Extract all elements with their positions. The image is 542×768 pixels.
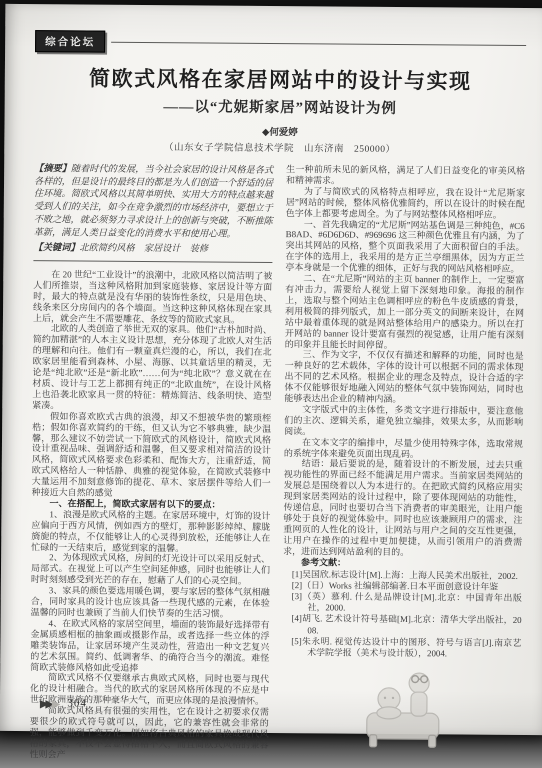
body-paragraph: 3、家具的颜色要选用暖色调，要与家居的整体气氛相融合，同时家具的设计也应该具备一…	[31, 585, 270, 620]
reference-item: [4]胡飞. 艺术设计符号基础[M].北京：清华大学出版社，2008.	[282, 613, 521, 637]
body-paragraph: 4、在欧式风格的家居空间里，墙面的装饰最好选择带有金属质感相框的抽象画或摄影作品…	[30, 618, 269, 674]
keywords-text: 北欧简约风格 家居设计 装修	[79, 243, 208, 254]
body-paragraph: 假如你喜欢欧式古典的浪漫，却又不想被华贵的繁琐桎梏；假如你喜欢简约的干练，但又认…	[32, 411, 272, 500]
body-paragraph: 为了与简欧式的风格特点相呼应，我在设计“尤尼斯家居”网站的时候，整体风格优雅简约…	[286, 186, 525, 221]
page-number: 304	[67, 697, 87, 709]
page-arrow-icon: ▶	[52, 698, 61, 709]
body-paragraph: 1、浪漫是欧式风格的主题。在家居环境中，灯饰的设计应偏向于西方风情，例如西方的壁…	[31, 509, 270, 555]
reference-item: [3]（英）慕利. 什么是品牌设计[M].北京：中国青年出版社，2000.	[283, 591, 522, 615]
left-column: 【摘要】随着时代的发展，当今社会家居的设计风格是各式各样的，但是设计的最终目的都…	[29, 162, 273, 762]
article-body: 【摘要】随着时代的发展，当今社会家居的设计风格是各式各样的，但是设计的最终目的都…	[29, 162, 525, 764]
author-affiliation: （山东女子学院信息技术学院 山东济南 250000）	[34, 138, 525, 156]
abstract-divider	[33, 260, 272, 263]
body-paragraph: 文字版式中的主体性，多类文字进行排版中，要注意他们的主次、逻辑关系，避免独立编排…	[284, 404, 523, 439]
abstract-text: 随着时代的发展，当今社会家居的设计风格是各式各样的，但是设计的最终目的都是为人们…	[34, 163, 274, 238]
keywords-label: 【关键词】	[33, 242, 79, 252]
keywords-paragraph: 【关键词】北欧简约风格 家居设计 装修	[33, 241, 272, 256]
header-rule	[111, 41, 526, 45]
column-category-badge: 综合论坛	[35, 30, 105, 53]
page-header: 综合论坛	[35, 30, 526, 56]
scanner-background: 综合论坛 简欧式风格在家居网站中的设计与实现 ——以“尤妮斯家居”网站设计为例 …	[0, 0, 542, 768]
cartoon-figures-illustration	[282, 666, 522, 759]
reference-item: [5]朱永明. 视觉传达设计中的图形、符号与语言[J].南京艺术学院学报（美术与…	[282, 636, 521, 660]
body-paragraph: 二、在“尤尼斯”网站的主页 banner 的制作上，一定要富有冲击力，需要给人视…	[285, 273, 525, 351]
body-paragraph: 北欧的人类创造了举世无双的家具。他们“古朴加时尚、简约加精湛”的人本主义设计思想…	[32, 324, 272, 413]
abstract-paragraph: 【摘要】随着时代的发展，当今社会家居的设计风格是各式各样的，但是设计的最终目的都…	[34, 162, 274, 240]
body-paragraph: 一、首先我确定的“尤尼斯”网站基色调是三种纯色，#C6B8AD、#6D6D6D、…	[285, 219, 524, 275]
article-title: 简欧式风格在家居网站中的设计与实现	[35, 62, 526, 96]
article-subtitle: ——以“尤妮斯家居”网站设计为例	[35, 94, 526, 119]
abstract-label: 【摘要】	[34, 163, 71, 173]
body-paragraph: 在 20 世纪“工业设计”的浪潮中，北欧风格以简洁明了被人们所推崇，当这种风格附…	[33, 269, 272, 325]
body-paragraph: 2、为体现欧式风格，房间的灯光设计可以采用反射式、局部式。在视觉上可以产生空间延…	[31, 553, 270, 588]
journal-page: 综合论坛 简欧式风格在家居网站中的设计与实现 ——以“尤妮斯家居”网站设计为例 …	[0, 4, 542, 735]
references-heading: 参考文献：	[283, 557, 522, 570]
body-paragraph: 生一种前所未见的新风格，满足了人们日益变化的审美风格和精神需求。	[286, 164, 525, 188]
conclusion-paragraph: 结语：最后要说的是，随着设计的不断发展，过去只重视功能性的界面已经不能满足用户需…	[283, 459, 523, 559]
clay-figures-at-table-drawing	[336, 667, 467, 754]
body-paragraph: 三、作为文字，不仅仅有描述和解释的功能，同时也是一种良好的艺术载体，字体的设计可…	[284, 349, 523, 405]
body-paragraph: 在文本文字的编排中，尽量少使用特殊字体，选取常规的系统字体来避免页面出现乱码。	[284, 437, 523, 461]
references-list: [1]吴国欣.标志设计[M].上海：上海人民美术出版社，2002. [2]（日）…	[282, 569, 522, 660]
page-footer: ▶ ▶ ▶ 304	[40, 697, 87, 709]
author-name: ◆何爱婷	[34, 122, 525, 140]
abstract-block: 【摘要】随着时代的发展，当今社会家居的设计风格是各式各样的，但是设计的最终目的都…	[33, 162, 273, 256]
right-column: 生一种前所未见的新风格，满足了人们日益变化的审美风格和精神需求。 为了与简欧式的…	[281, 164, 525, 764]
body-paragraph: 简欧式风格具有很强的实用性，它在设计之初要求仅需要很少的欧式符号就可以，因此，它…	[29, 705, 268, 761]
